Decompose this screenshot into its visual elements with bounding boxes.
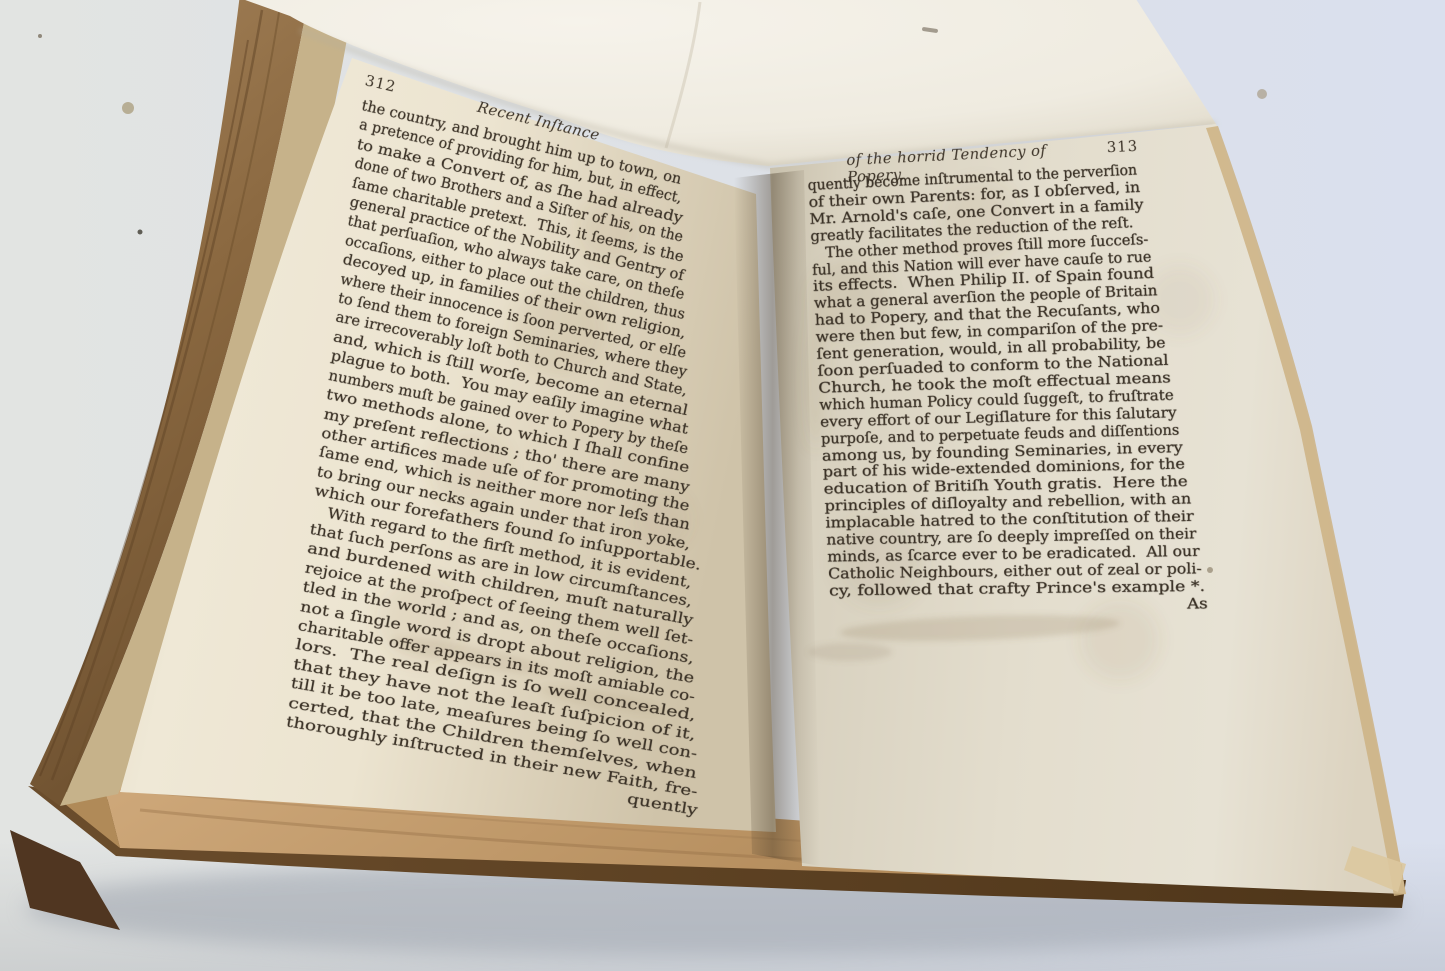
book-photo: 312 Recent Inſtance the country, and bro… [0, 0, 1445, 971]
right-page: of the horrid Tendency of Popery. 313 qu… [806, 137, 1162, 629]
book-illustration [0, 0, 1445, 971]
right-page-body: quently become inſtrumental to the perve… [807, 161, 1162, 617]
right-page-number: 313 [1106, 138, 1138, 157]
text-line: cy, followed that crafty Prince's exampl… [829, 579, 1205, 601]
left-page-number: 312 [363, 72, 397, 96]
catchword: As [1187, 596, 1208, 613]
